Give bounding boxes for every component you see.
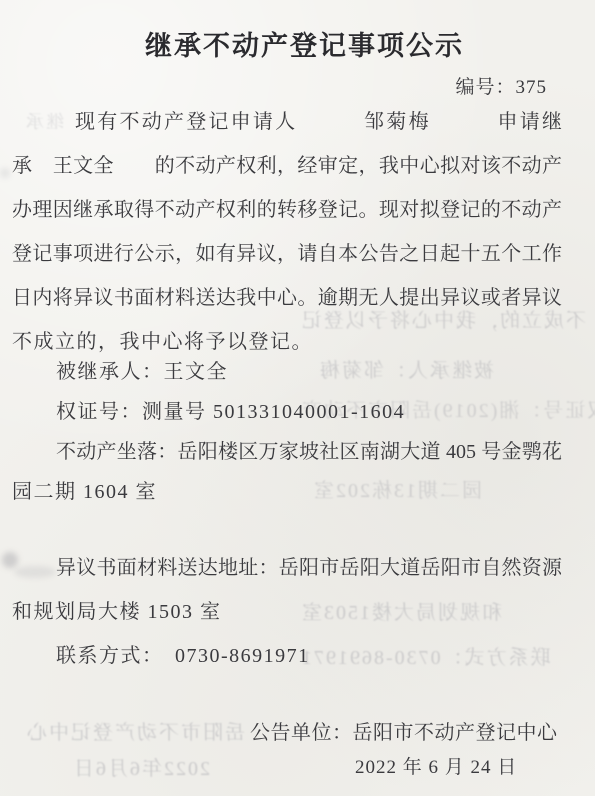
contact-line: 联系方式： 0730-8691971 bbox=[12, 634, 562, 678]
objection-address: 异议书面材料送达地址：岳阳市岳阳大道岳阳市自然资源 和规划局大楼 1503 室 … bbox=[12, 546, 562, 678]
footer-unit-line: 公告单位：岳阳市不动产登记中心 bbox=[250, 716, 558, 750]
scanned-notice-page: 不成立的，我中心将予以登记 被继承人：邹菊梅 权证号：湘(2019)岳阳市不动产… bbox=[0, 0, 595, 796]
paragraph-line: 办理因继承取得不动产权利的转移登记。现对拟登记的不动产 bbox=[12, 188, 562, 232]
registration-items: 被继承人：王文全 权证号：测量号 501331040001-1604 不动产坐落… bbox=[12, 352, 562, 512]
paragraph-line: 日内将异议书面材料送达我中心。逾期无人提出异议或者异议 bbox=[12, 276, 562, 320]
bleed-through-fragment: 2022年6月6日 bbox=[72, 752, 210, 781]
certificate-no-line: 权证号：测量号 501331040001-1604 bbox=[12, 392, 562, 432]
doc-number-label: 编号： bbox=[455, 77, 515, 98]
property-location-line: 不动产坐落：岳阳楼区万家坡社区南湖大道 405 号金鹗花 bbox=[12, 432, 562, 472]
doc-number: 编号：375 bbox=[455, 72, 547, 99]
objection-address-line: 异议书面材料送达地址：岳阳市岳阳大道岳阳市自然资源 bbox=[12, 546, 562, 590]
paragraph-line: 现有不动产登记申请人 邹菊梅 申请继 bbox=[12, 100, 562, 144]
bleed-through-fragment: 岳阳市不动产登记中心 bbox=[25, 716, 245, 745]
property-location-line: 园二期 1604 室 bbox=[12, 472, 562, 512]
paragraph-line: 登记事项进行公示，如有异议，请自本公告之日起十五个工作 bbox=[12, 232, 562, 276]
decedent-line: 被继承人：王文全 bbox=[12, 352, 562, 392]
objection-address-line: 和规划局大楼 1503 室 bbox=[12, 590, 562, 634]
page-title: 继承不动产登记事项公示 bbox=[0, 24, 595, 63]
footer-date-line: 2022 年 6 月 24 日 bbox=[355, 753, 517, 783]
notice-paragraph: 现有不动产登记申请人 邹菊梅 申请继 承 王文全 的不动产权利，经审定，我中心拟… bbox=[12, 100, 562, 364]
scan-smudge bbox=[0, 168, 10, 178]
paragraph-line: 承 王文全 的不动产权利，经审定，我中心拟对该不动产 bbox=[12, 144, 562, 188]
doc-number-value: 375 bbox=[516, 77, 548, 98]
